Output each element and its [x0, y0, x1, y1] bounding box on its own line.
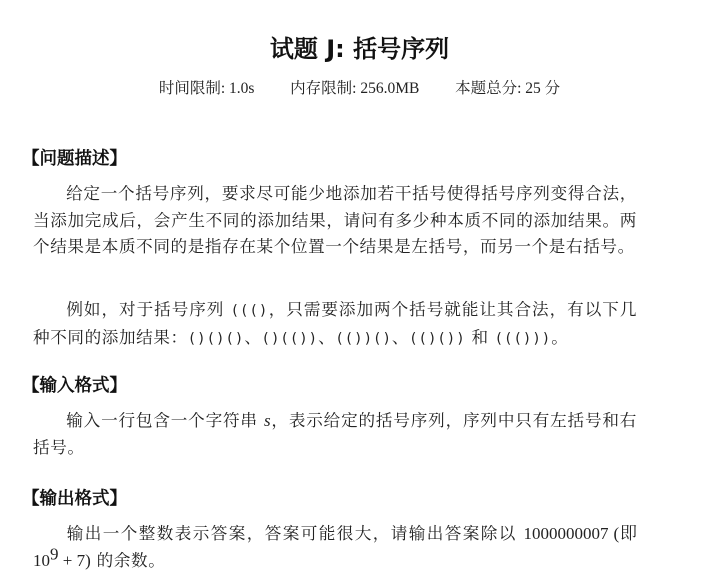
problem-limits: 时间限制: 1.0s 内存限制: 256.0MB 本题总分: 25 分 [0, 78, 719, 100]
memory-limit-label: 内存限制: [290, 78, 356, 100]
result-1: ()()() [188, 331, 245, 347]
result-3: (())() [335, 331, 392, 347]
result-5: ((())) [495, 331, 552, 347]
modulus-value: 1000000007 [523, 524, 608, 543]
power-base: 10 [33, 551, 50, 570]
input-paragraph: 输入一行包含一个字符串 s，表示给定的括号序列，序列中只有左括号和右括号。 [33, 408, 637, 461]
input-text-prefix: 输入一行包含一个字符串 [66, 411, 264, 430]
score-value: 25 分 [525, 78, 560, 100]
example-intro: 例如，对于括号序列 [66, 300, 224, 319]
section-heading-input: 【输入格式】 [22, 373, 127, 399]
separator: 、 [318, 328, 335, 347]
result-2: ()(()) [262, 331, 319, 347]
output-text-suffix: 的余数。 [91, 551, 166, 570]
separator: 、 [244, 328, 261, 347]
separator-and: 和 [466, 328, 495, 347]
problem-title: 试题 J: 括号序列 [0, 33, 719, 65]
section-heading-description: 【问题描述】 [22, 146, 127, 172]
description-paragraph-2: 例如，对于括号序列 ((()，只需要添加两个括号就能让其合法，有以下几种不同的添… [33, 297, 637, 352]
memory-limit-value: 256.0MB [360, 78, 419, 100]
example-sequence: ((() [231, 303, 269, 319]
output-paragraph: 输出一个整数表示答案，答案可能很大，请输出答案除以 1000000007 (即 … [33, 521, 637, 574]
paren-open: (即 [608, 524, 637, 543]
time-limit-value: 1.0s [229, 78, 254, 100]
output-text-prefix: 输出一个整数表示答案，答案可能很大，请输出答案除以 [66, 524, 523, 543]
separator: 、 [392, 328, 409, 347]
period: 。 [551, 328, 568, 347]
description-paragraph-1: 给定一个括号序列，要求尽可能少地添加若干括号使得括号序列变得合法，当添加完成后，… [33, 181, 637, 261]
power-exponent: 9 [50, 544, 59, 563]
description-text: 给定一个括号序列，要求尽可能少地添加若干括号使得括号序列变得合法，当添加完成后，… [33, 184, 637, 256]
section-heading-output: 【输出格式】 [22, 486, 127, 512]
plus-seven: + 7) [59, 551, 91, 570]
time-limit-label: 时间限制: [159, 78, 225, 100]
score-label: 本题总分: [455, 78, 521, 100]
result-4: (()()) [409, 331, 466, 347]
